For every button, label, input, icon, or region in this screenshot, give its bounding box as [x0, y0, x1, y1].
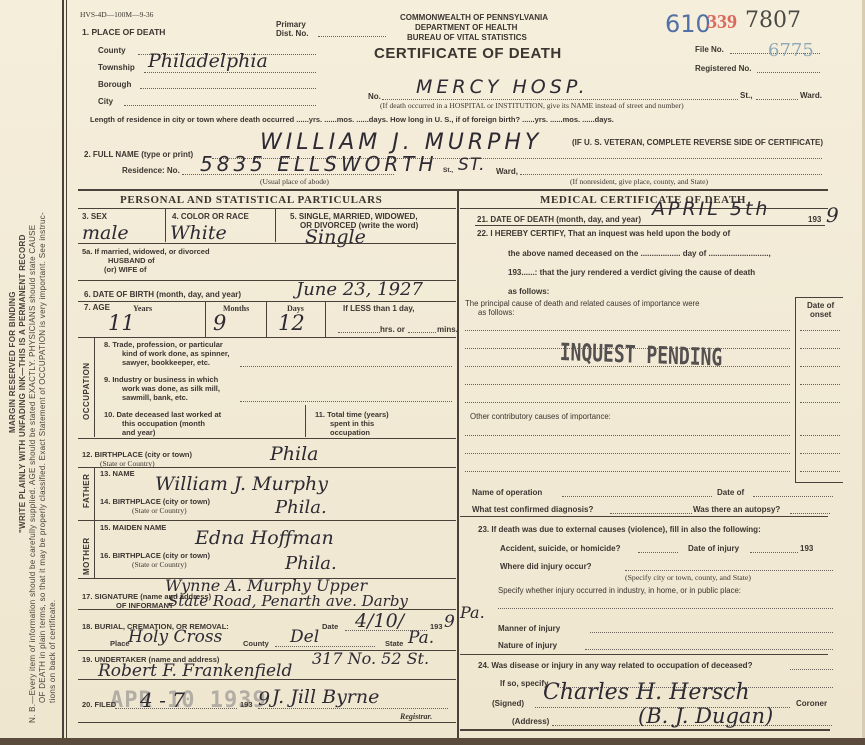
registered-no-line [757, 72, 820, 73]
cell-divider [305, 405, 306, 437]
age-months-value: 9 [213, 311, 226, 335]
last-worked-label-3: and year) [122, 428, 155, 437]
ward-label: Ward. [800, 91, 822, 100]
hrs-label: hrs. or [380, 325, 405, 334]
accident-label: Accident, suicide, or homicide? [500, 544, 620, 553]
institution-value: MERCY HOSP. [416, 76, 589, 98]
cell-divider [325, 301, 326, 337]
onset-line [800, 366, 840, 367]
divider [78, 337, 456, 338]
no-label: No. [368, 92, 381, 101]
death-certificate: MARGIN RESERVED FOR BINDING "WRITE PLAIN… [0, 0, 865, 745]
occupation-related-line [790, 669, 833, 670]
primary-dist-line [318, 36, 386, 37]
trade-label-3: sawyer, bookkeeper, etc. [122, 358, 210, 367]
color-value: White [170, 222, 227, 244]
mother-birthplace-label: 16. BIRTHPLACE (city or town) [100, 551, 210, 560]
accident-line [638, 552, 678, 553]
nature-label: Nature of injury [498, 641, 557, 650]
father-birthplace-label-2: (State or Country) [132, 506, 187, 515]
township-label: Township [98, 63, 135, 72]
divider [460, 654, 828, 655]
header-bureau: BUREAU OF VITAL STATISTICS [407, 33, 527, 42]
manner-label: Manner of injury [498, 624, 560, 633]
test-line [610, 513, 692, 514]
spouse-label-2: HUSBAND of [108, 256, 155, 265]
signed-label: (Signed) [492, 699, 524, 708]
filed-year-value: 9 [258, 688, 270, 710]
marital-label: 5. SINGLE, MARRIED, WIDOWED, [290, 212, 418, 221]
injury-date-line [750, 552, 798, 553]
inquest-pending-stamp: INQUEST PENDING [559, 338, 722, 372]
burial-place-value: Holy Cross [128, 627, 222, 647]
abode-note: (Usual place of abode) [260, 177, 329, 186]
informant-address: State Road, Penarth ave. Darby [168, 592, 408, 610]
last-worked-label-2: this occupation (month [122, 419, 205, 428]
borough-label: Borough [98, 80, 131, 89]
industry-line [240, 401, 452, 402]
mins-label: mins. [437, 325, 458, 334]
onset-line [800, 330, 840, 331]
contributory-label: Other contributory causes of importance: [470, 412, 611, 421]
principal-cause-label: The principal cause of death and related… [465, 299, 699, 308]
marital-value: Single [305, 226, 366, 248]
mother-birthplace-label-2: (State or Country) [132, 560, 187, 569]
onset-line [800, 348, 840, 349]
hrs-line [338, 332, 380, 333]
where-line [625, 570, 833, 571]
margin-note-ink: "WRITE PLAINLY WITH UNFADING INK—THIS IS… [18, 234, 28, 733]
divider [78, 243, 456, 244]
column-divider [457, 190, 459, 738]
residence-label: Residence: No. [122, 166, 180, 175]
burial-state-value: Pa. [408, 628, 434, 648]
total-time-label-2: spent in this [330, 419, 374, 428]
onset-box-bottom [795, 482, 843, 483]
coroner-label: Coroner [796, 699, 827, 708]
where-label: Where did injury occur? [500, 562, 592, 571]
occupation-divider [94, 337, 95, 437]
dob-value: June 23, 1927 [296, 279, 423, 300]
where-note: (Specify city or town, county, and State… [625, 573, 751, 582]
onset-label-2: onset [810, 310, 831, 319]
cell-divider [165, 208, 166, 242]
spouse-label-3: (or) WIFE of [104, 265, 147, 274]
specify-line [498, 608, 833, 609]
operation-date-line [753, 496, 833, 497]
cause-line [465, 330, 790, 331]
death-year-value: 9 [826, 203, 839, 227]
onset-label: Date of [807, 301, 834, 310]
full-name-label: 2. FULL NAME (type or print) [84, 150, 193, 159]
contributory-line [465, 435, 790, 436]
age-years-value: 11 [108, 311, 135, 335]
specify-label: Specify whether injury occurred in indus… [498, 586, 741, 595]
age-label: 7. AGE [84, 303, 110, 312]
injury-date-label: Date of injury [688, 544, 739, 553]
burial-date-value: 4/10/ [355, 610, 404, 632]
certify-line-1: 22. I HEREBY CERTIFY, That an inquest wa… [477, 229, 730, 238]
birthplace-value: Phila [270, 443, 319, 465]
operation-label: Name of operation [472, 488, 542, 497]
burial-date-label: Date [322, 622, 338, 631]
industry-label-3: sawmill, bank, etc. [122, 393, 188, 402]
father-name-label: 13. NAME [100, 469, 135, 478]
divider [460, 208, 828, 209]
margin-note-death: OF DEATH in plain terms, so that it may … [38, 212, 48, 733]
address-label: (Address) [512, 717, 549, 726]
nature-line [585, 649, 833, 650]
father-birthplace-label: 14. BIRTHPLACE (city or town) [100, 497, 210, 506]
last-worked-label: 10. Date deceased last worked at [104, 410, 221, 419]
margin-note-tions: tions on back of certificate. [48, 600, 58, 733]
filed-label: 20. FILED [82, 700, 116, 709]
burial-place-label: Place [110, 639, 130, 648]
registrar-signature: J. Jill Byrne [272, 686, 379, 708]
cell-divider [275, 208, 276, 242]
parent-divider [94, 467, 95, 579]
cause-line [465, 402, 790, 403]
spouse-label: 5a. If married, widowed, or divorced [82, 247, 210, 256]
burial-county-line [275, 646, 375, 647]
divider [78, 679, 456, 680]
primary-dist-label: Primary [276, 20, 306, 29]
autopsy-label: Was there an autopsy? [693, 505, 780, 514]
test-label: What test confirmed diagnosis? [472, 505, 593, 514]
age-days-value: 12 [278, 311, 305, 335]
certificate-title: CERTIFICATE OF DEATH [374, 45, 562, 62]
birthplace-label: 12. BIRTHPLACE (city or town) [82, 450, 192, 459]
burial-year-value: 9 [444, 612, 455, 632]
header-department: DEPARTMENT OF HEALTH [415, 23, 517, 32]
st-label: St., [740, 91, 752, 100]
coroner-address: (B. J. Dugan) [638, 704, 773, 728]
certify-line-2: the above named deceased on the ........… [508, 249, 771, 258]
overwritten-number: 7807 [745, 8, 801, 33]
principal-cause-label-2: as follows: [478, 308, 514, 317]
industry-label: 9. Industry or business in which [104, 375, 218, 384]
trade-line [240, 366, 452, 367]
manner-line [590, 632, 833, 633]
certify-line-3: 193......: that the jury rendered a verd… [508, 268, 755, 277]
residence-length: Length of residence in city or town wher… [90, 115, 614, 124]
handwritten-prefix: 610 [665, 10, 711, 38]
date-of-death-value: APRIL 5th [652, 198, 770, 220]
certify-line-4: as follows: [508, 287, 549, 296]
burial-county-label: County [243, 639, 269, 648]
divider [460, 729, 830, 731]
residence-value: 5835 ELLSWORTH [200, 152, 438, 176]
death-year-prefix: 193 [808, 215, 821, 224]
institution-note: (If death occurred in a HOSPITAL or INST… [380, 101, 684, 110]
mother-name-value: Edna Hoffman [195, 527, 334, 549]
occupation-related-label: 24. Was disease or injury in any way rel… [478, 661, 752, 670]
page-edge [0, 738, 865, 745]
county-label: County [98, 46, 126, 55]
filed-year-prefix: 193 [240, 700, 253, 709]
date-of-death-label: 21. DATE OF DEATH (month, day, and year) [477, 215, 641, 224]
margin-note-nb: N. B.—Every item of information should b… [28, 225, 38, 733]
trade-label-2: kind of work done, as spinner, [122, 349, 230, 358]
divider [78, 520, 456, 521]
years-label: Years [133, 304, 152, 313]
cell-divider [205, 301, 206, 337]
stamped-number: 339 [707, 11, 737, 34]
divider [78, 189, 828, 191]
coroner-signature: Charles H. Hersch [543, 680, 750, 705]
trade-label: 8. Trade, profession, or particular [104, 340, 223, 349]
operation-line [562, 496, 712, 497]
mother-name-label: 15. MAIDEN NAME [100, 523, 166, 532]
borough-line [140, 88, 316, 89]
place-of-death-label: 1. PLACE OF DEATH [82, 27, 165, 37]
form-code: HVS-4D—100M—9-36 [80, 10, 153, 19]
divider [460, 516, 828, 517]
veteran-note: (IF U. S. VETERAN, COMPLETE REVERSE SIDE… [572, 138, 823, 147]
ward-line [756, 99, 798, 100]
city-label: City [98, 97, 113, 106]
mother-side-label: MOTHER [82, 537, 91, 575]
occupation-side-label: OCCUPATION [82, 362, 91, 420]
residence-st-label: St., [443, 167, 453, 174]
onset-line [800, 384, 840, 385]
total-time-label-3: occupation [330, 428, 370, 437]
autopsy-line [790, 513, 830, 514]
primary-dist-no-label: Dist. No. [276, 29, 308, 38]
if-so-label: If so, specify [500, 679, 548, 688]
file-no-value: 6775 [768, 40, 814, 61]
mother-birthplace-value: Phila. [285, 553, 337, 574]
sex-label: 3. SEX [82, 212, 107, 221]
less-than-day-label: If LESS than 1 day, [343, 304, 414, 313]
header-commonwealth: COMMONWEALTH OF PENNSYLVANIA [400, 13, 548, 22]
burial-county-value: Del [290, 627, 319, 647]
binding-margin: MARGIN RESERVED FOR BINDING "WRITE PLAIN… [0, 0, 62, 740]
contributory-line [465, 471, 790, 472]
father-name-value: William J. Murphy [155, 473, 328, 495]
registrar-line [258, 708, 448, 709]
onset-box-top [795, 297, 843, 298]
file-no-label: File No. [695, 45, 724, 54]
township-line [144, 72, 316, 73]
dob-label: 6. DATE OF BIRTH (month, day, and year) [84, 290, 241, 299]
cause-line [465, 384, 790, 385]
total-time-label: 11. Total time (years) [315, 410, 389, 419]
external-causes-label: 23. If death was due to external causes … [478, 525, 761, 534]
operation-date-label: Date of [717, 488, 744, 497]
divider [475, 225, 825, 226]
margin-note-binding: MARGIN RESERVED FOR BINDING [8, 291, 18, 733]
margin-rule [66, 0, 67, 745]
father-side-label: FATHER [82, 474, 91, 508]
filed-value: 4 - 7 [140, 688, 185, 712]
registered-no-label: Registered No. [695, 64, 751, 73]
onset-line [800, 402, 840, 403]
contributory-line [465, 453, 790, 454]
onset-box-left [795, 297, 796, 482]
mins-line [408, 332, 436, 333]
divider [78, 438, 456, 439]
personal-section-title: PERSONAL AND STATISTICAL PARTICULARS [120, 194, 382, 206]
undertaker-name: Robert F. Frankenfield [98, 661, 292, 681]
father-birthplace-value: Phila. [275, 497, 327, 518]
onset-line [800, 471, 840, 472]
burial-state-label: State [385, 639, 403, 648]
undertaker-address: 317 No. 52 St. [312, 649, 429, 668]
residence-ward-label: Ward, [496, 167, 518, 176]
township-value: Philadelphia [148, 50, 268, 72]
injury-year-prefix: 193 [800, 544, 813, 553]
informant-state: Pa. [460, 603, 485, 622]
institution-line [382, 99, 738, 100]
sex-value: male [82, 222, 129, 244]
city-line [124, 105, 316, 106]
divider [78, 467, 456, 468]
residence-ward-line [520, 174, 822, 175]
nonresident-note: (If nonresident, give place, county, and… [570, 177, 708, 186]
months-label: Months [223, 304, 249, 313]
divider [78, 208, 456, 209]
industry-label-2: work was done, as silk mill, [122, 384, 220, 393]
divider [78, 722, 456, 723]
margin-rule [62, 0, 64, 745]
onset-line [800, 435, 840, 436]
color-label: 4. COLOR OR RACE [172, 212, 249, 221]
registrar-label: Registrar. [400, 712, 432, 721]
residence-st-value: ST. [458, 155, 486, 175]
cell-divider [266, 301, 267, 337]
onset-line [800, 453, 840, 454]
divider [78, 301, 456, 302]
